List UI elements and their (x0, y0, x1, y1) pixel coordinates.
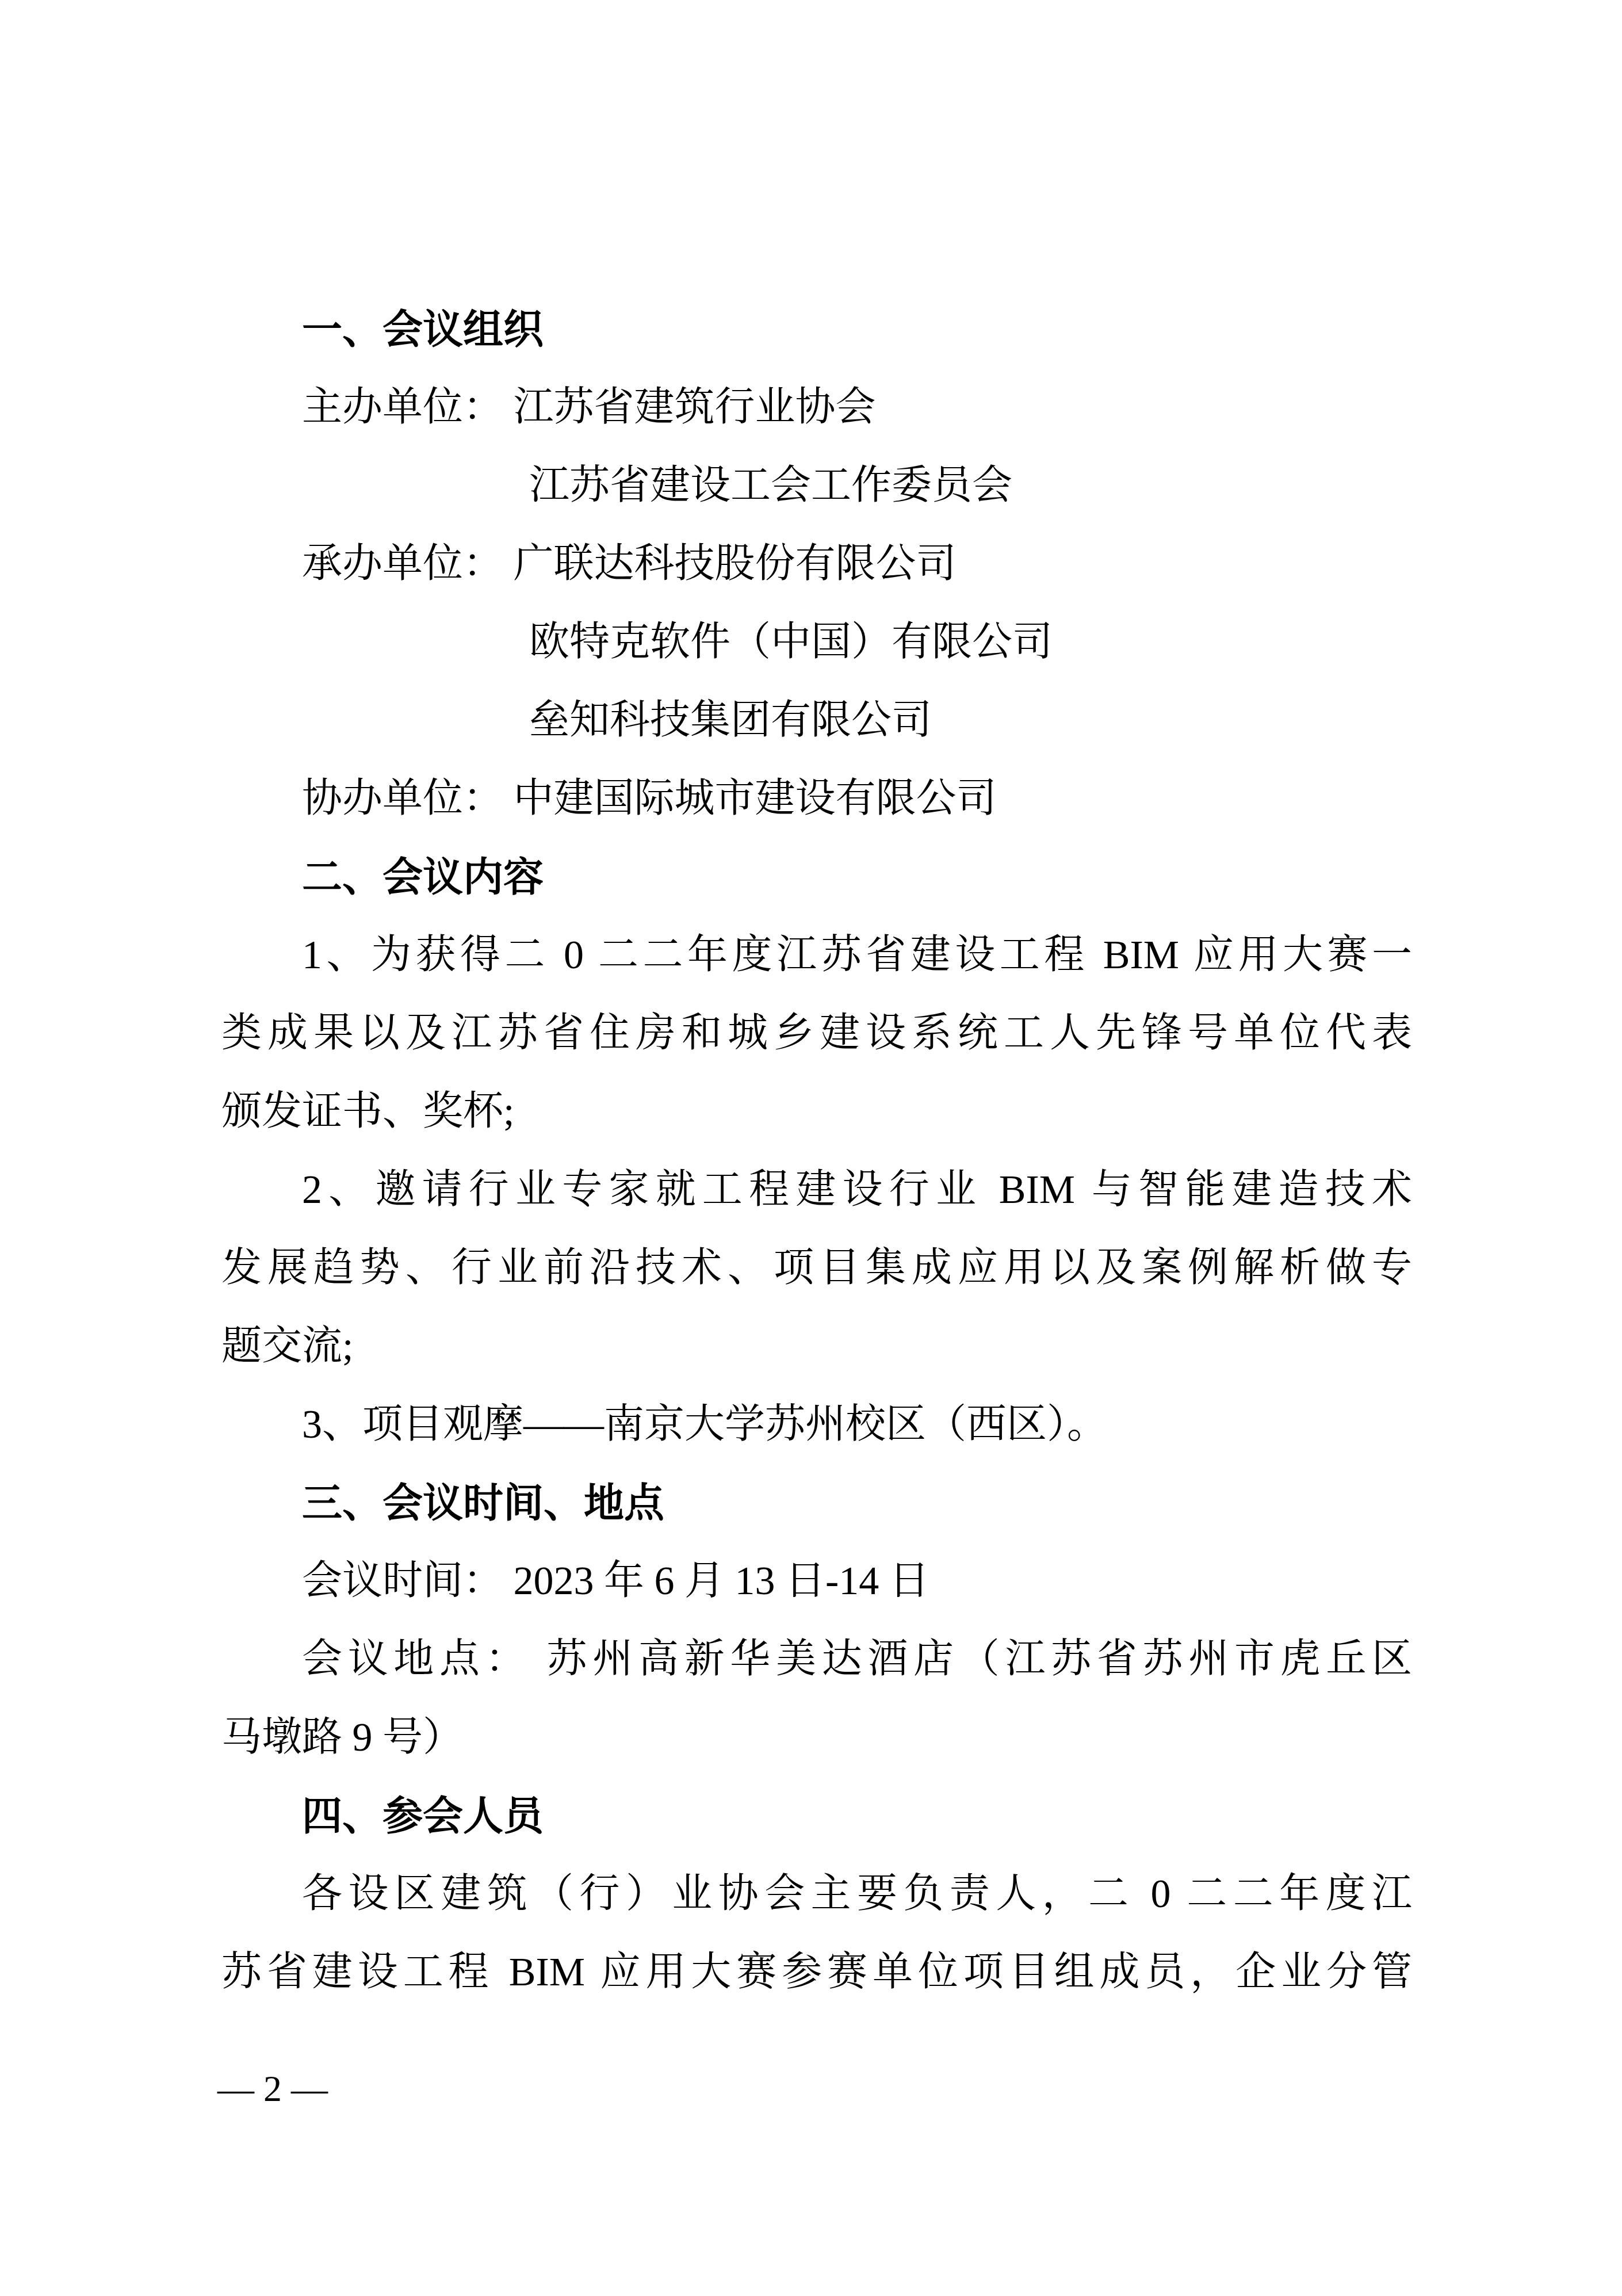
document-page: 一、会议组织 主办单位： 江苏省建筑行业协会 江苏省建设工会工作委员会 承办单位… (0, 0, 1622, 2296)
line-host-unit-2: 江苏省建设工会工作委员会 (221, 447, 1412, 525)
line-meeting-location-1: 会议地点： 苏州高新华美达酒店（江苏省苏州市虎丘区 (221, 1621, 1412, 1699)
line-content-item1-2: 类成果以及江苏省住房和城乡建设系统工人先锋号单位代表 (221, 995, 1412, 1073)
section-heading-participants: 四、参会人员 (221, 1777, 1412, 1855)
section-heading-meeting-content: 二、会议内容 (221, 838, 1412, 916)
line-content-item1-3: 颁发证书、奖杯; (221, 1073, 1412, 1151)
line-organizer-unit-3: 垒知科技集团有限公司 (221, 682, 1412, 760)
line-participants-2: 苏省建设工程 BIM 应用大赛参赛单位项目组成员，企业分管 (221, 1934, 1412, 2012)
line-meeting-time: 会议时间： 2023 年 6 月 13 日-14 日 (221, 1542, 1412, 1621)
line-organizer-unit: 承办单位： 广联达科技股份有限公司 (221, 525, 1412, 603)
line-organizer-unit-2: 欧特克软件（中国）有限公司 (221, 603, 1412, 682)
line-content-item3: 3、项目观摩——南京大学苏州校区（西区）。 (221, 1386, 1412, 1464)
section-heading-meeting-organization: 一、会议组织 (221, 291, 1412, 369)
line-co-organizer-unit: 协办单位： 中建国际城市建设有限公司 (221, 760, 1412, 838)
line-meeting-location-2: 马墩路 9 号） (221, 1699, 1412, 1777)
line-participants-1: 各设区建筑（行）业协会主要负责人，二 0 二二年度江 (221, 1855, 1412, 1934)
line-content-item1-1: 1、为获得二 0 二二年度江苏省建设工程 BIM 应用大赛一 (221, 916, 1412, 995)
document-body: 一、会议组织 主办单位： 江苏省建筑行业协会 江苏省建设工会工作委员会 承办单位… (221, 291, 1412, 2012)
section-heading-time-location: 三、会议时间、地点 (221, 1464, 1412, 1542)
line-content-item2-2: 发展趋势、行业前沿技术、项目集成应用以及案例解析做专 (221, 1229, 1412, 1308)
line-content-item2-1: 2、邀请行业专家就工程建设行业 BIM 与智能建造技术 (221, 1151, 1412, 1229)
line-content-item2-3: 题交流; (221, 1308, 1412, 1386)
line-host-unit: 主办单位： 江苏省建筑行业协会 (221, 369, 1412, 447)
page-number: — 2 — (217, 2062, 328, 2115)
